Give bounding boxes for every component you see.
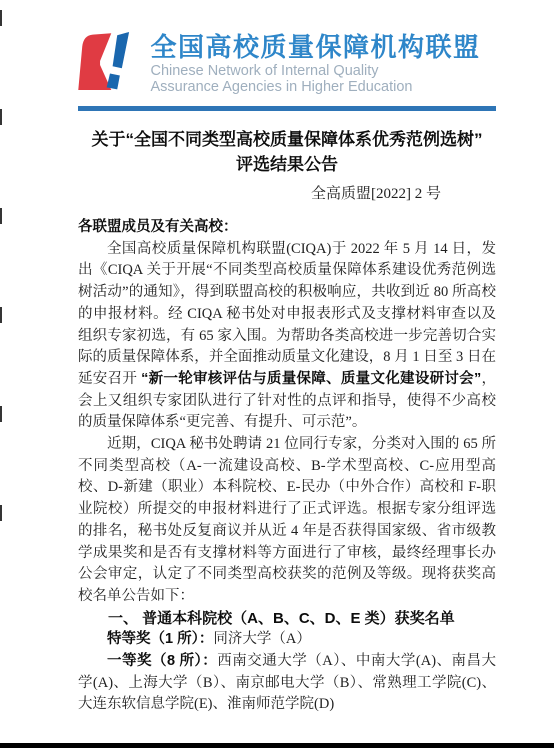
org-name-chinese: 全国高校质量保障机构联盟 — [150, 31, 480, 63]
page-bottom-edge-rule — [0, 743, 554, 748]
org-logo-block: 全国高校质量保障机构联盟 Chinese Network of Internal… — [0, 30, 554, 96]
ciqa-logo-icon — [73, 30, 139, 96]
paragraph-1: 全国高校质量保障机构联盟(CIQA)于 2022 年 5 月 14 日，发出《C… — [78, 239, 496, 434]
org-name-english-line1: Chinese Network of Internal Quality — [150, 63, 480, 80]
award-first-prize-label: 一等奖（8 所）： — [107, 653, 217, 669]
award-first-prize-line: 一等奖（8 所）：西南交通大学（A）、中南大学(A)、南昌大学(A)、上海大学（… — [78, 651, 496, 716]
org-header: 全国高校质量保障机构联盟 Chinese Network of Internal… — [0, 0, 554, 111]
scan-edge-artifact — [0, 10, 2, 522]
award-grand-prize-winners: 同济大学（A） — [213, 631, 310, 647]
paragraph-1-bold-conference-name: “新一轮审核评估与质量保障、质量文化建设研讨会” — [141, 371, 481, 387]
document-title-line1: 关于“全国不同类型高校质量保障体系优秀范例选树” — [92, 130, 483, 149]
org-name-block: 全国高校质量保障机构联盟 Chinese Network of Internal… — [150, 31, 480, 96]
document-number: 全高质盟[2022] 2 号 — [78, 184, 496, 204]
document-title-line2: 评选结果公告 — [236, 155, 338, 174]
header-divider-rule — [78, 106, 496, 111]
award-grand-prize-line: 特等奖（1 所）：同济大学（A） — [78, 629, 496, 651]
org-name-english-line2: Assurance Agencies in Higher Education — [150, 79, 480, 96]
document-body: 关于“全国不同类型高校质量保障体系优秀范例选树” 评选结果公告 全高质盟[202… — [0, 127, 554, 716]
paragraph-1-text: 全国高校质量保障机构联盟(CIQA)于 2022 年 5 月 14 日，发出《C… — [78, 241, 496, 387]
document-title: 关于“全国不同类型高校质量保障体系优秀范例选树” 评选结果公告 — [78, 127, 496, 177]
announcement-document-page: 全国高校质量保障机构联盟 Chinese Network of Internal… — [0, 0, 554, 748]
paragraph-2: 近期，CIQA 秘书处聘请 21 位同行专家，分类对入围的 65 所不同类型高校… — [78, 434, 496, 608]
section-1-heading: 一、 普通本科院校（A、B、C、D、E 类）获奖名单 — [78, 608, 496, 630]
salutation: 各联盟成员及有关高校： — [78, 217, 496, 239]
award-grand-prize-label: 特等奖（1 所）： — [107, 631, 213, 647]
